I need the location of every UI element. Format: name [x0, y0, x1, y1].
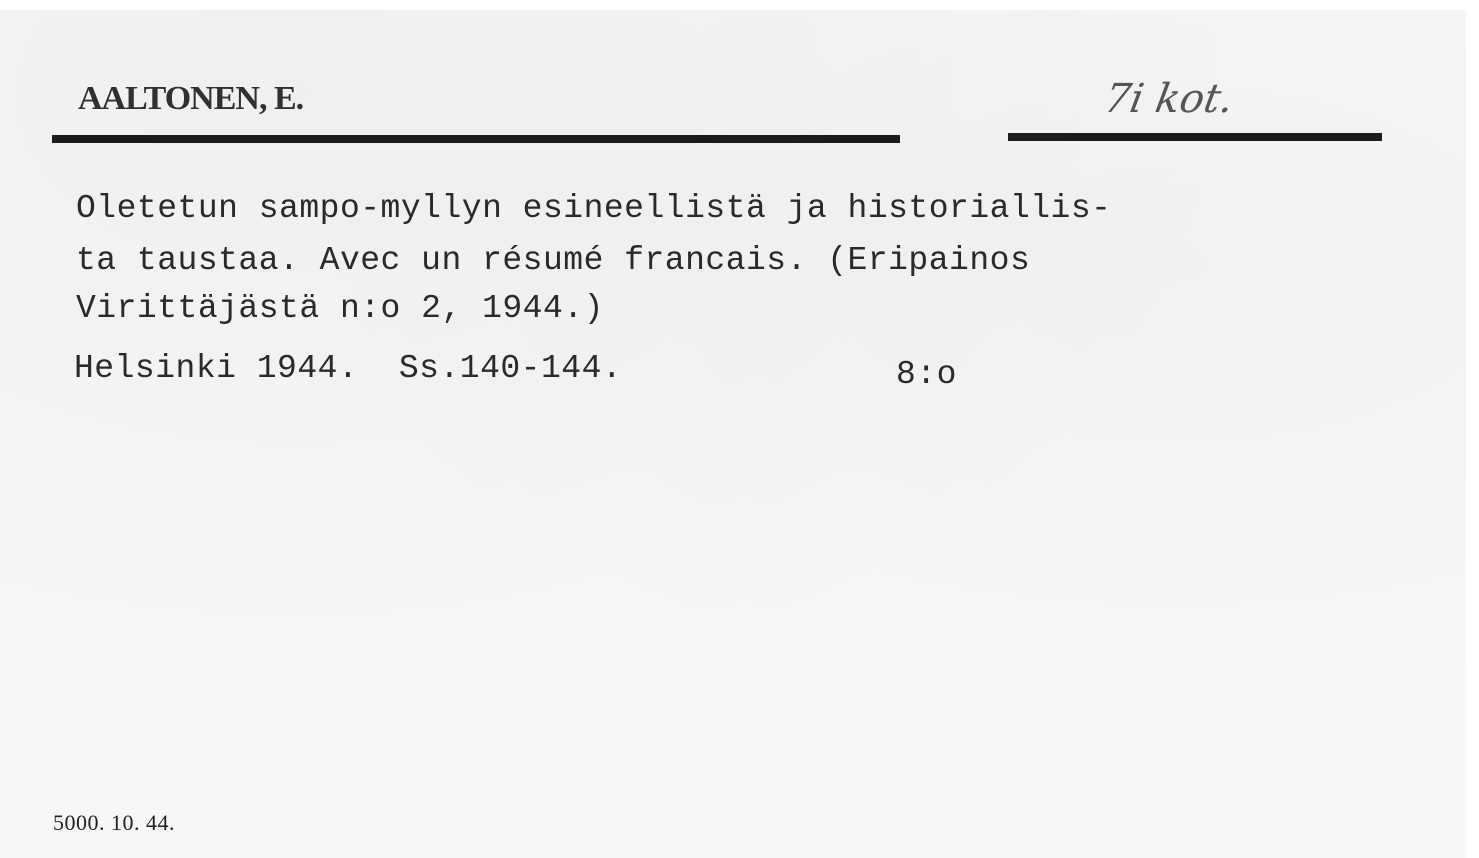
catalog-card: AALTONEN, E. 7i kot. Oletetun sampo-myll…	[0, 10, 1466, 858]
heading-rule-right	[1008, 133, 1382, 141]
title-line-3: Virittäjästä n:o 2, 1944.)	[76, 290, 604, 327]
classification-note: 7i kot.	[1101, 76, 1237, 122]
author-heading: AALTONEN, E.	[78, 80, 303, 118]
format: 8:o	[896, 356, 957, 393]
title-line-1: Oletetun sampo-myllyn esineellistä ja hi…	[76, 190, 1111, 227]
imprint: Helsinki 1944. Ss.140-144.	[74, 350, 622, 387]
heading-rule-left	[52, 135, 900, 143]
print-code: 5000. 10. 44.	[53, 810, 175, 836]
title-line-2: ta taustaa. Avec un résumé francais. (Er…	[76, 242, 1030, 279]
